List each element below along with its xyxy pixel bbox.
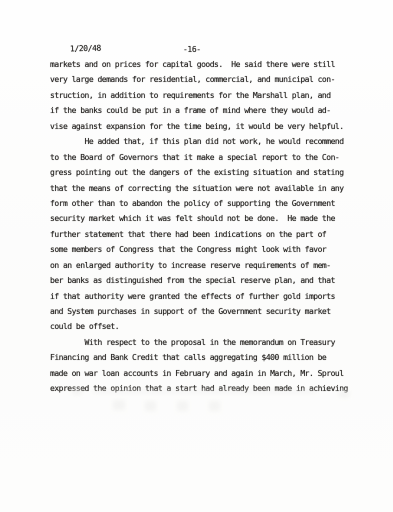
text-line: that the means of correcting the situati… xyxy=(50,181,360,196)
text-line: some members of Congress that the Congre… xyxy=(50,242,360,257)
text-line: Financing and Bank Credit that calls agg… xyxy=(50,350,360,365)
text-line: ber banks as distinguished from the spec… xyxy=(50,273,360,288)
scan-smudge xyxy=(145,401,156,411)
scanned-document-page: 1/20/48 -16- markets and on prices for c… xyxy=(0,0,393,512)
text-line: markets and on prices for capital goods.… xyxy=(50,57,360,72)
scan-smudge xyxy=(338,390,350,398)
text-line: security market which it was felt should… xyxy=(50,211,360,226)
text-line: on an enlarged authority to increase res… xyxy=(50,258,360,273)
scan-smudge xyxy=(177,401,188,411)
scan-smudge xyxy=(92,390,317,393)
text-line: made on war loan accounts in February an… xyxy=(50,366,360,381)
scan-smudge xyxy=(71,388,83,395)
text-line: could be offset. xyxy=(50,319,360,334)
text-line: gress pointing out the dangers of the ex… xyxy=(50,165,360,180)
text-line: if the banks could be put in a frame of … xyxy=(50,103,360,118)
scan-smudge xyxy=(113,400,125,410)
text-line: form other than to abandon the policy of… xyxy=(50,196,360,211)
text-line: He added that, if this plan did not work… xyxy=(50,134,360,149)
text-line: if that authority were granted the effec… xyxy=(50,289,360,304)
text-line: very large demands for residential, comm… xyxy=(50,72,360,87)
scan-smudge xyxy=(209,401,220,411)
page-number: -16- xyxy=(183,45,201,54)
text-line: vise against expansion for the time bein… xyxy=(50,119,360,134)
document-body: markets and on prices for capital goods.… xyxy=(50,57,360,397)
date-stamp: 1/20/48 xyxy=(70,44,101,54)
text-line: struction, in addition to requirements f… xyxy=(50,88,360,103)
text-line: With respect to the proposal in the memo… xyxy=(50,335,360,350)
text-line: and System purchases in support of the G… xyxy=(50,304,360,319)
text-line: further statement that there had been in… xyxy=(50,227,360,242)
text-line: to the Board of Governors that it make a… xyxy=(50,150,360,165)
text-line: expressed the opinion that a start had a… xyxy=(50,381,360,396)
